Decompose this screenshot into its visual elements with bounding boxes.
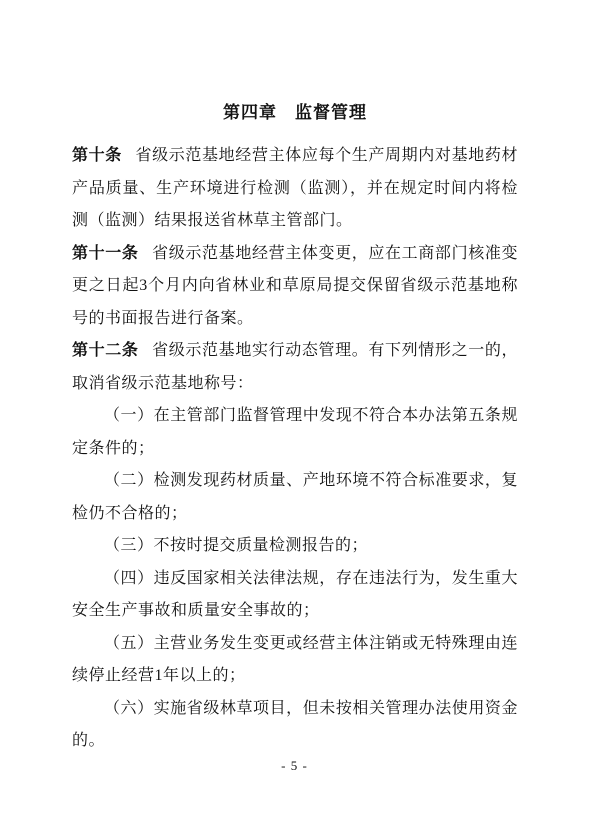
clause-3: （三）不按时提交质量检测报告的； <box>72 530 518 563</box>
article-11-label: 第十一条 <box>72 245 139 262</box>
article-12-label: 第十二条 <box>72 342 139 359</box>
page-number: - 5 - <box>0 758 589 774</box>
article-10: 第十条省级示范基地经营主体应每个生产周期内对基地药材产品质量、生产环境进行检测（… <box>72 140 518 238</box>
article-11: 第十一条省级示范基地经营主体变更，应在工商部门核准变更之日起3个月内向省林业和草… <box>72 238 518 336</box>
document-content: 第四章 监督管理 第十条省级示范基地经营主体应每个生产周期内对基地药材产品质量、… <box>72 100 518 758</box>
article-12: 第十二条省级示范基地实行动态管理。有下列情形之一的，取消省级示范基地称号： <box>72 335 518 400</box>
clause-6: （六）实施省级林草项目，但未按相关管理办法使用资金的。 <box>72 693 518 758</box>
document-page: 第四章 监督管理 第十条省级示范基地经营主体应每个生产周期内对基地药材产品质量、… <box>0 0 589 838</box>
chapter-title: 第四章 监督管理 <box>72 100 518 126</box>
article-10-label: 第十条 <box>72 147 122 164</box>
article-10-text: 省级示范基地经营主体应每个生产周期内对基地药材产品质量、生产环境进行检测（监测）… <box>72 147 518 229</box>
clause-5: （五）主营业务发生变更或经营主体注销或无特殊理由连续停止经营1年以上的； <box>72 628 518 693</box>
clause-1: （一）在主管部门监督管理中发现不符合本办法第五条规定条件的； <box>72 400 518 465</box>
clause-2: （二）检测发现药材质量、产地环境不符合标准要求，复检仍不合格的； <box>72 465 518 530</box>
clause-4: （四）违反国家相关法律法规，存在违法行为，发生重大安全生产事故和质量安全事故的； <box>72 563 518 628</box>
